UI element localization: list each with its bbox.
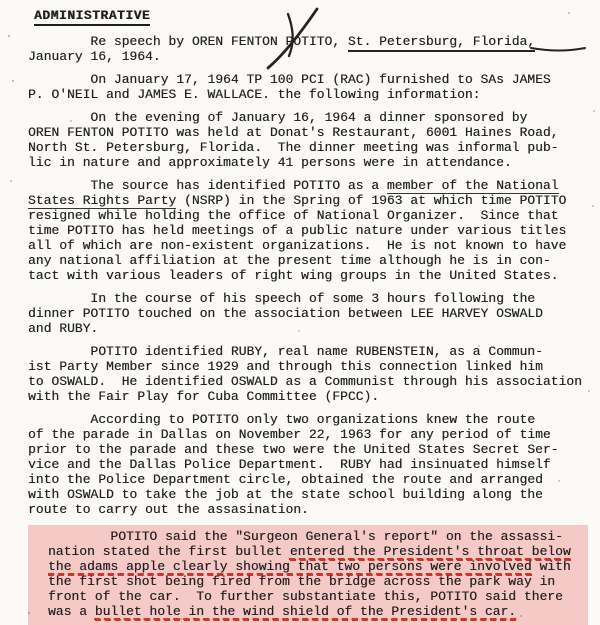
document-heading: ADMINISTRATIVE — [34, 8, 588, 23]
paragraph-nsrp: The source has identified POTITO as a me… — [28, 178, 588, 283]
document-body: ADMINISTRATIVE Re speech by OREN FENTON … — [0, 0, 600, 625]
paragraph-re-speech: Re speech by OREN FENTON POTITO, St. Pet… — [28, 34, 588, 64]
re-speech-text: Re speech by OREN FENTON POTITO, — [28, 34, 348, 49]
heading-text: ADMINISTRATIVE — [34, 8, 150, 26]
paragraph-dinner: On the evening of January 16, 1964 a din… — [28, 110, 588, 170]
nsrp-text-pre: The source has identified POTITO as a — [28, 178, 387, 193]
underlined-place-text: St. Petersburg, Florida, — [348, 34, 535, 52]
scan-noise-specks — [8, 35, 10, 37]
paragraph-parade-route: According to POTITO only two organizatio… — [28, 412, 588, 517]
paragraph-highlighted-surgeon-general: POTITO said the "Surgeon General's repor… — [28, 525, 588, 625]
paragraph-source-intro: On January 17, 1964 TP 100 PCI (RAC) fur… — [28, 72, 588, 102]
paragraph-ruby-rubenstein: POTITO identified RUBY, real name RUBENS… — [28, 344, 588, 404]
paragraph-speech-oswald-ruby: In the course of his speech of some 3 ho… — [28, 291, 588, 336]
red-underlined-phrase-windshield: bullet hole in the wind shield of the Pr… — [95, 604, 516, 621]
re-speech-date: January 16, 1964. — [28, 49, 161, 64]
scanned-document-page: ADMINISTRATIVE Re speech by OREN FENTON … — [0, 0, 600, 625]
